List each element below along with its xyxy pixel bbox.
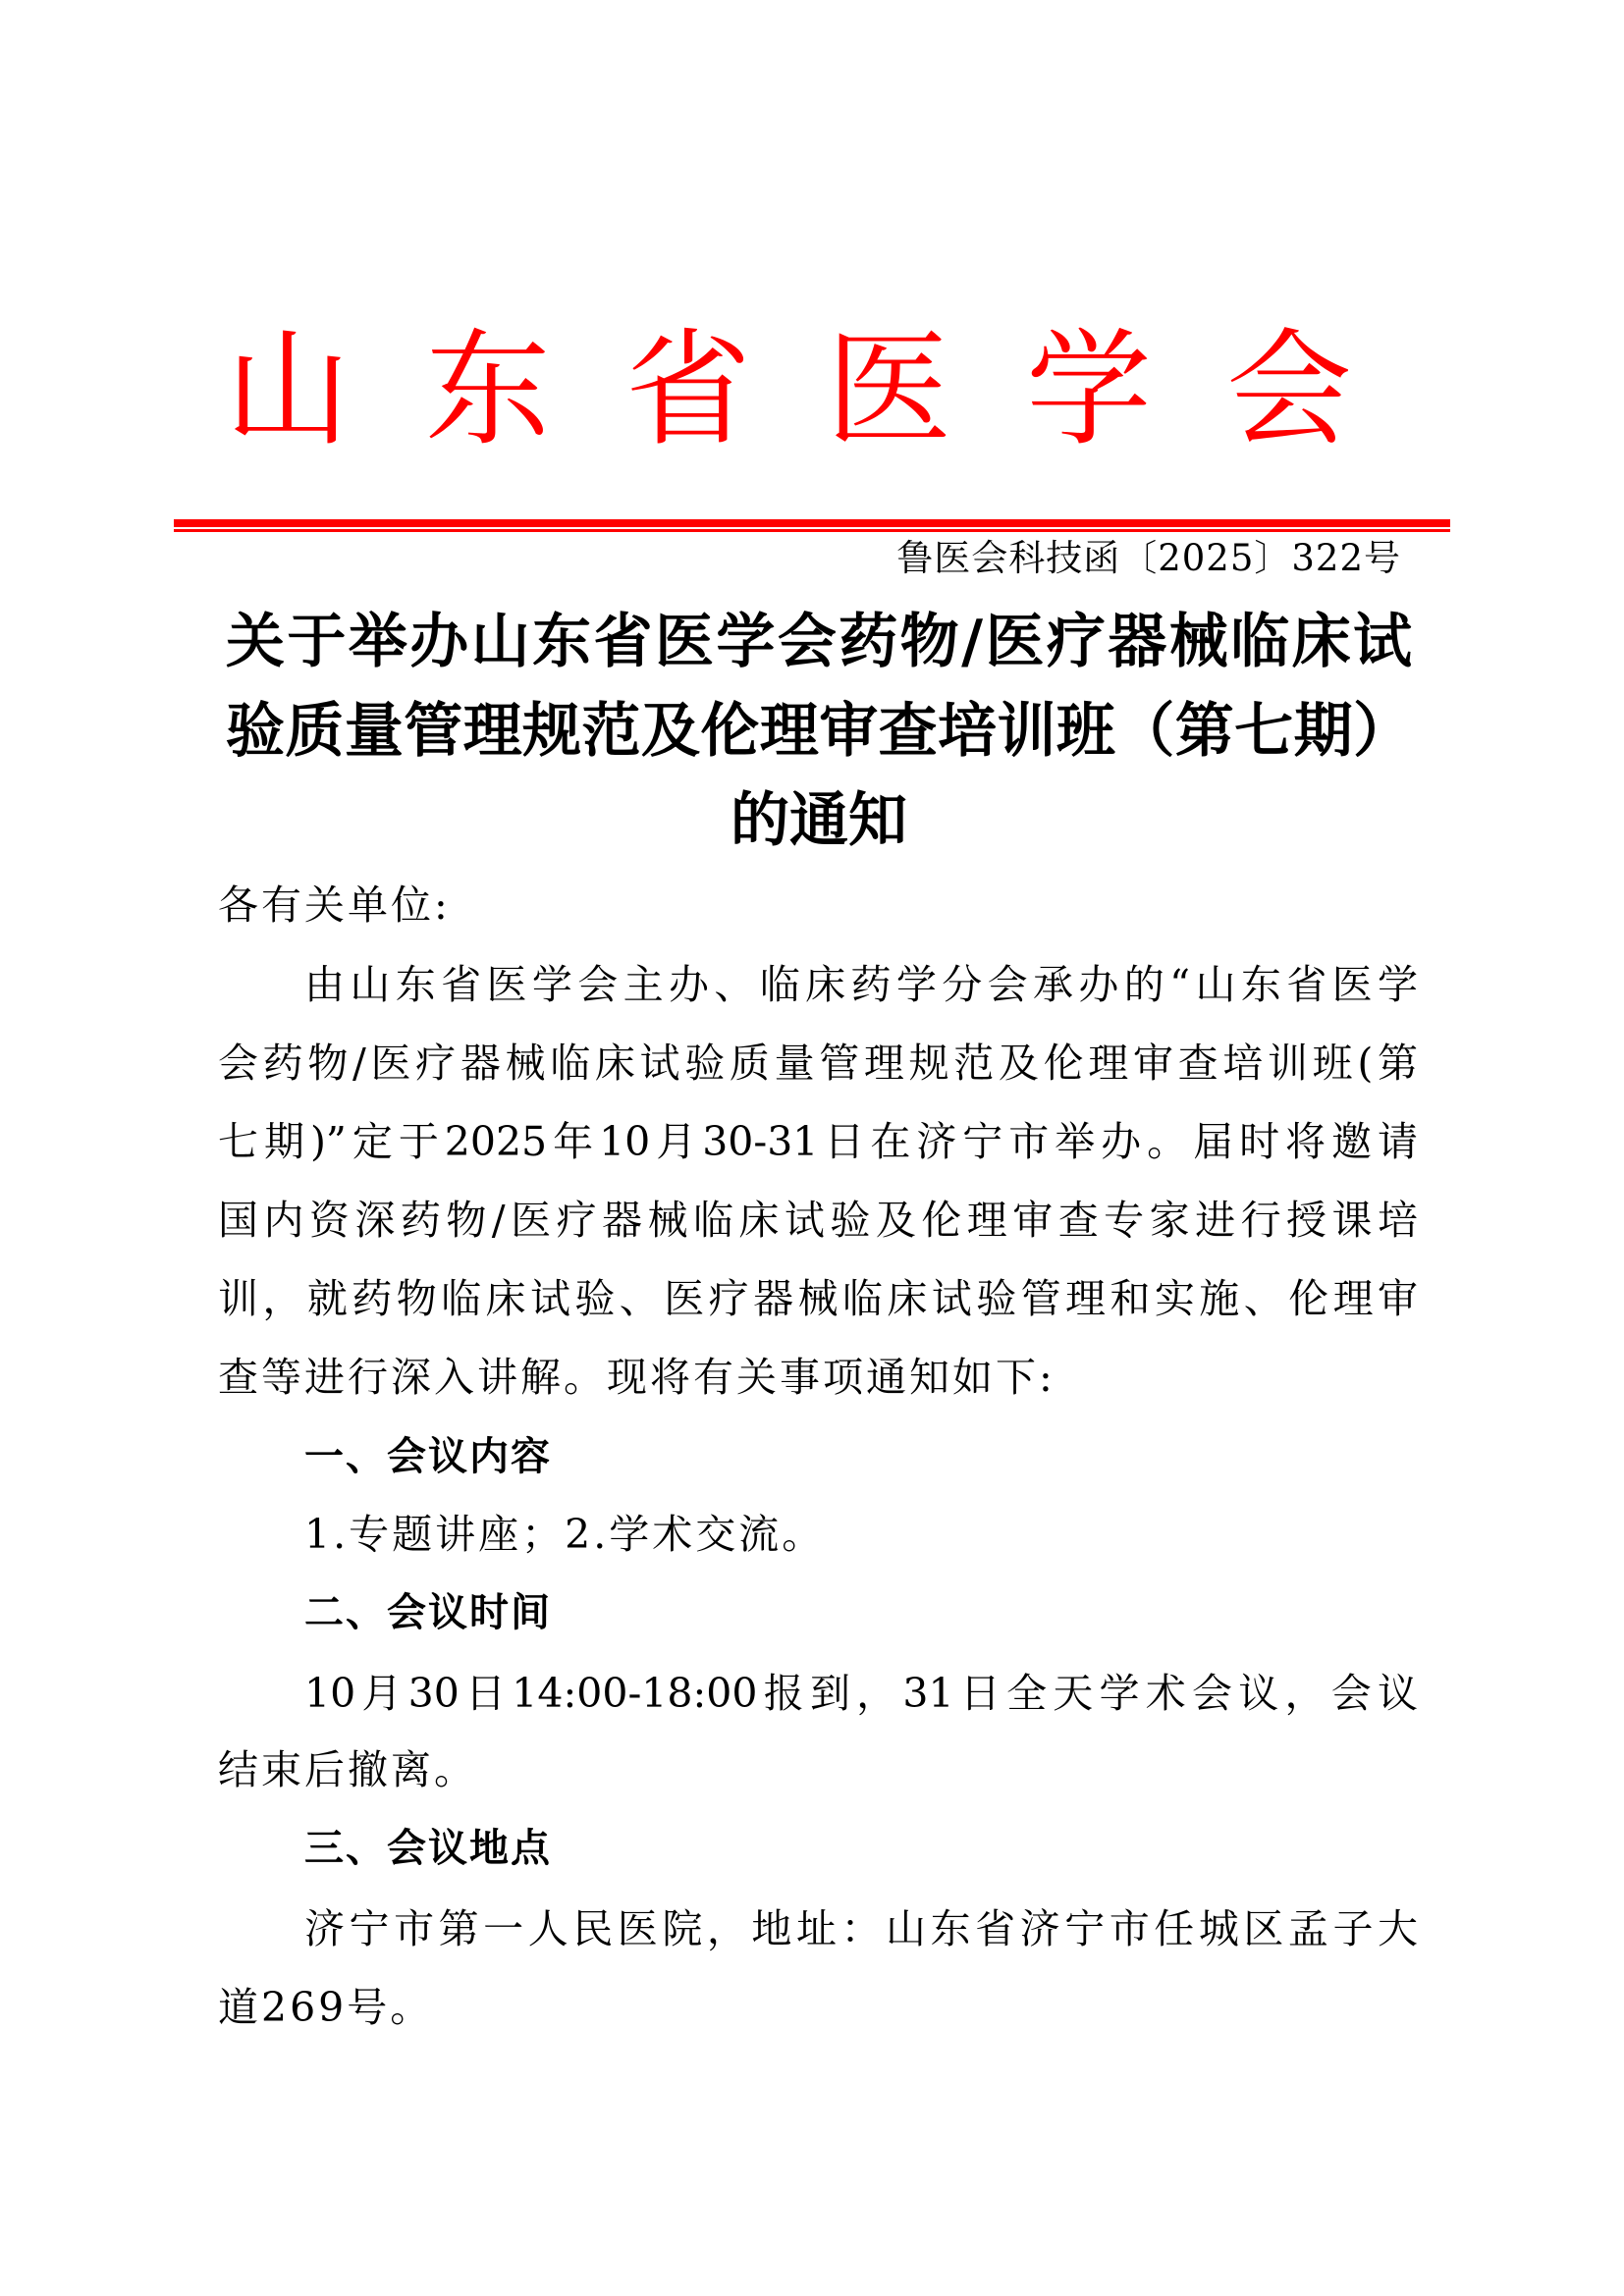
masthead-char: 省 [624,312,752,469]
section-heading: 二、会议时间 [304,1583,552,1642]
section-line: 结束后撤离。 [218,1740,1418,1799]
masthead-char: 山 [224,312,352,469]
masthead-char: 东 [424,312,552,469]
red-divider-thick [174,519,1450,527]
masthead-char: 学 [1025,312,1153,469]
title-line: 验质量管理规范及伦理审查培训班（第七期） [226,697,1412,766]
masthead-char: 医 [825,312,952,469]
section-line: 道269号。 [218,1978,1418,2037]
section-line: 1.专题讲座；2.学术交流。 [304,1505,1418,1564]
salutation: 各有关单位: [218,876,1418,934]
document-number: 鲁医会科技函〔2025〕322号 [896,537,1401,580]
section-line: 济宁市第一人民医院，地址：山东省济宁市任城区孟子大 [304,1899,1418,1958]
paragraph-line: 会药物/医疗器械临床试验质量管理规范及伦理审查培训班(第 [218,1034,1418,1093]
organization-masthead: 山 东 省 医 学 会 [224,312,1353,469]
section-heading: 三、会议地点 [304,1819,552,1878]
title-line: 的通知 [226,786,1412,855]
paragraph-line: 训，就药物临床试验、医疗器械临床试验管理和实施、伦理审 [218,1269,1418,1328]
masthead-char: 会 [1225,312,1353,469]
title-line: 关于举办山东省医学会药物/医疗器械临床试 [226,608,1412,676]
section-heading: 一、会议内容 [304,1427,552,1486]
red-divider-thin [174,529,1450,532]
paragraph-line: 国内资深药物/医疗器械临床试验及伦理审查专家进行授课培 [218,1191,1418,1250]
paragraph-line: 由山东省医学会主办、临床药学分会承办的“山东省医学 [304,955,1418,1014]
section-line: 10月30日14:00-18:00报到，31日全天学术会议，会议 [304,1664,1418,1723]
paragraph-line: 查等进行深入讲解。现将有关事项通知如下: [218,1348,1418,1407]
paragraph-line: 七期)”定于2025年10月30-31日在济宁市举办。届时将邀请 [218,1112,1418,1171]
